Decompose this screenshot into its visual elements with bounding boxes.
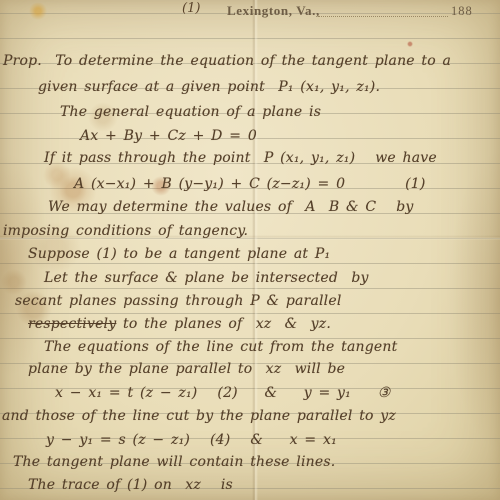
manuscript-line: A (x−x₁) + B (y−y₁) + C (z−z₁) = 0 (1) [74, 177, 426, 192]
manuscript-line: and those of the line cut by the plane p… [2, 409, 396, 424]
manuscript-line: The general equation of a plane is [60, 105, 321, 120]
manuscript-line: x − x₁ = t (z − z₁) (2) & y = y₁ ③ [55, 386, 390, 401]
manuscript-line: If it pass through the point P (x₁, y₁, … [44, 151, 437, 166]
manuscript-line: Prop. To determine the equation of the t… [3, 54, 451, 69]
manuscript-line: Let the surface & plane be intersected b… [44, 271, 369, 286]
manuscript-line: imposing conditions of tangency. [3, 224, 248, 239]
manuscript-line: Ax + By + Cz + D = 0 [80, 129, 257, 144]
manuscript-line: secant planes passing through P & parall… [15, 294, 342, 309]
manuscript-page: (1) Lexington, Va., 188 Prop. To determi… [0, 0, 500, 500]
manuscript-line: The equations of the line cut from the t… [44, 340, 397, 355]
manuscript-line: The tangent plane will contain these lin… [13, 455, 335, 470]
manuscript-line: given surface at a given point P₁ (x₁, y… [38, 80, 380, 95]
manuscript-line: plane by the plane parallel to xz will b… [28, 362, 345, 377]
manuscript-line: The trace of (1) on xz is [28, 478, 233, 493]
manuscript-line: y − y₁ = s (z − z₁) (4) & x = x₁ [46, 433, 337, 448]
manuscript-line: respectively to the planes of xz & yz. [28, 317, 331, 332]
manuscript-line: We may determine the values of A B & C b… [48, 200, 413, 215]
manuscript-line: Suppose (1) to be a tangent plane at P₁ [28, 247, 330, 262]
manuscript-lines: Prop. To determine the equation of the t… [0, 0, 500, 500]
